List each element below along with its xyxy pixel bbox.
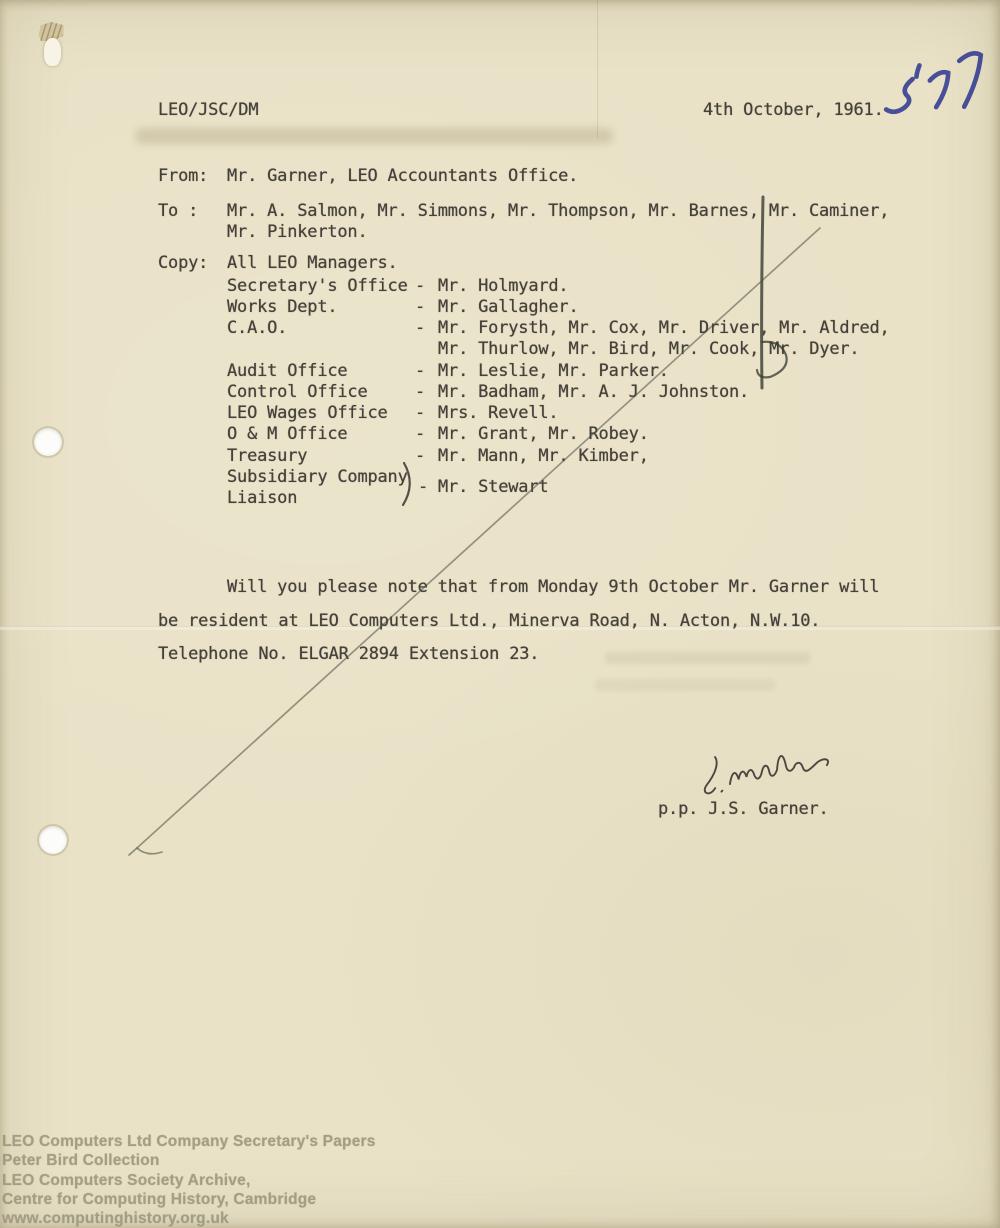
to-recipients-line1: Mr. A. Salmon, Mr. Simmons, Mr. Thompson… [227,201,889,221]
copy-dept: Works Dept. [227,297,337,317]
copy-dept: C.A.O. [227,318,287,338]
copy-dept: Secretary's Office [227,276,408,296]
reference-number: LEO/JSC/DM [158,100,258,120]
caption-line: Centre for Computing History, Cambridge [2,1190,376,1209]
copy-dash: - [415,424,425,444]
copy-names: Mr. Holmyard. [438,276,568,296]
copy-names-continued: Mr. Thurlow, Mr. Bird, Mr. Cook, Mr. Dye… [438,339,859,359]
to-recipients-line2: Mr. Pinkerton. [227,222,368,242]
copy-names: Mr. Grant, Mr. Robey. [438,424,649,444]
copy-dash: - [415,382,425,402]
copy-dept: LEO Wages Office [227,403,388,423]
copy-dept: Control Office [227,382,368,402]
copy-dept: O & M Office [227,424,347,444]
punch-hole-top [34,428,62,456]
scanned-letter-page: LEO/JSC/DM 4th October, 1961. From: Mr. … [0,0,1000,1228]
handwritten-page-number [872,45,1000,143]
copy-dash: - [415,361,425,381]
signature-typed: p.p. J.S. Garner. [658,799,829,819]
caption-line: Peter Bird Collection [2,1151,376,1170]
ink-showthrough [595,679,775,691]
caption-line: LEO Computers Ltd Company Secretary's Pa… [2,1132,376,1151]
copy-names: Mr. Stewart [438,477,548,497]
vertical-pen-line [762,197,763,388]
caption-line: www.computinghistory.org.uk [2,1209,376,1228]
from-value: Mr. Garner, LEO Accountants Office. [227,166,578,186]
archive-caption: LEO Computers Ltd Company Secretary's Pa… [2,1132,376,1228]
copy-first-line: All LEO Managers. [227,253,398,273]
handwritten-signature [696,735,850,803]
copy-dash: - [415,297,425,317]
copy-dash: - [415,276,425,296]
body-line1: Will you please note that from Monday 9t… [227,577,879,597]
from-label: From: [158,166,208,186]
copy-names: Mrs. Revell. [438,403,558,423]
arrow-hook [129,848,162,855]
copy-names: Mr. Gallagher. [438,297,579,317]
copy-dash: - [415,318,425,338]
copy-dept: Audit Office [227,361,347,381]
caption-line: LEO Computers Society Archive, [2,1171,376,1190]
body-line3: Telephone No. ELGAR 2894 Extension 23. [158,644,539,664]
copy-dash: - [418,477,428,497]
date: 4th October, 1961. [703,100,884,120]
copy-dash: - [415,403,425,423]
punch-hole-bottom [39,826,67,854]
copy-names: Mr. Forysth, Mr. Cox, Mr. Driver, Mr. Al… [438,318,890,338]
copy-names: Mr. Badham, Mr. A. J. Johnston. [438,382,749,402]
to-label: To : [158,201,198,221]
body-line2: be resident at LEO Computers Ltd., Miner… [158,611,820,631]
vertical-crease [597,0,598,138]
copy-names: Mr. Mann, Mr. Kimber, [438,446,649,466]
copy-names: Mr. Leslie, Mr. Parker. [438,361,669,381]
fold-shadow [135,128,613,144]
copy-dept-line1: Subsidiary Company [227,467,408,487]
copy-label: Copy: [158,253,208,273]
copy-dept: Treasury [227,446,307,466]
copy-dept-line2: Liaison [227,488,297,508]
staple-tear-mark [44,38,61,66]
ink-showthrough [605,652,810,664]
copy-dash: - [415,446,425,466]
